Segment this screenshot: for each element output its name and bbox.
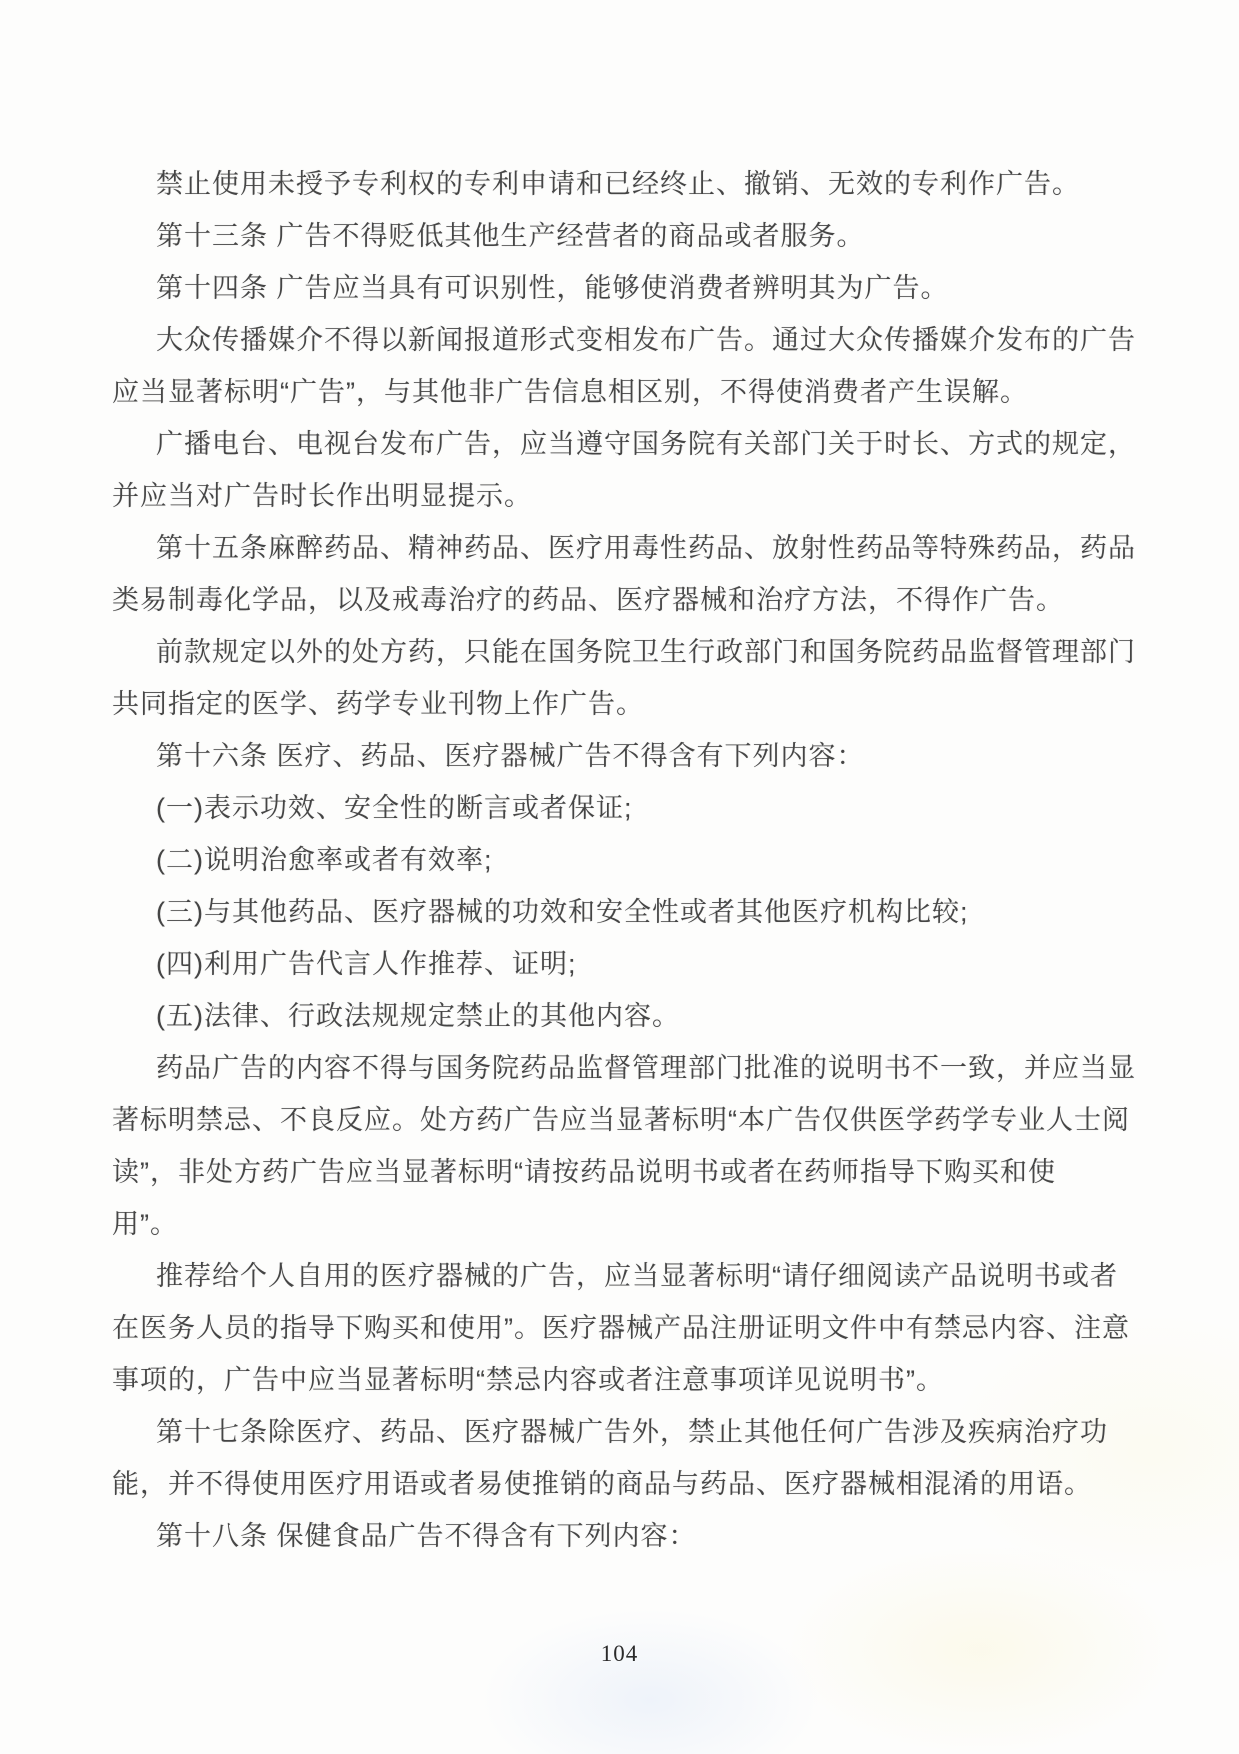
paragraph: 第十八条 保健食品广告不得含有下列内容： (112, 1510, 1117, 1562)
text-line: 前款规定以外的处方药，只能在国务院卫生行政部门和国务院药品监督管理部门 (112, 626, 1117, 678)
paragraph: 第十四条 广告应当具有可识别性，能够使消费者辨明其为广告。 (112, 262, 1117, 314)
text-line: (四)利用广告代言人作推荐、证明; (112, 938, 1117, 990)
text-line: 广播电台、电视台发布广告，应当遵守国务院有关部门关于时长、方式的规定， (112, 418, 1117, 470)
page-number: 104 (0, 1641, 1239, 1667)
text-line: 类易制毒化学品，以及戒毒治疗的药品、医疗器械和治疗方法，不得作广告。 (112, 574, 1117, 626)
text-line: 读”，非处方药广告应当显著标明“请按药品说明书或者在药师指导下购买和使 (112, 1146, 1117, 1198)
paragraph: 第十六条 医疗、药品、医疗器械广告不得含有下列内容： (112, 730, 1117, 782)
text-line: 著标明禁忌、不良反应。处方药广告应当显著标明“本广告仅供医学药学专业人士阅 (112, 1094, 1117, 1146)
paragraph: (二)说明治愈率或者有效率; (112, 834, 1117, 886)
text-line: 药品广告的内容不得与国务院药品监督管理部门批准的说明书不一致，并应当显 (112, 1042, 1117, 1094)
text-line: 第十四条 广告应当具有可识别性，能够使消费者辨明其为广告。 (112, 262, 1117, 314)
text-line: 在医务人员的指导下购买和使用”。医疗器械产品注册证明文件中有禁忌内容、注意 (112, 1302, 1117, 1354)
document-text: 禁止使用未授予专利权的专利申请和已经终止、撤销、无效的专利作广告。第十三条 广告… (112, 158, 1117, 1562)
text-line: 第十三条 广告不得贬低其他生产经营者的商品或者服务。 (112, 210, 1117, 262)
text-line: (五)法律、行政法规规定禁止的其他内容。 (112, 990, 1117, 1042)
text-line: 共同指定的医学、药学专业刊物上作广告。 (112, 678, 1117, 730)
paragraph: (三)与其他药品、医疗器械的功效和安全性或者其他医疗机构比较; (112, 886, 1117, 938)
paragraph: 前款规定以外的处方药，只能在国务院卫生行政部门和国务院药品监督管理部门共同指定的… (112, 626, 1117, 730)
paragraph: 药品广告的内容不得与国务院药品监督管理部门批准的说明书不一致，并应当显著标明禁忌… (112, 1042, 1117, 1250)
text-line: 第十六条 医疗、药品、医疗器械广告不得含有下列内容： (112, 730, 1117, 782)
paragraph: 第十七条除医疗、药品、医疗器械广告外，禁止其他任何广告涉及疾病治疗功能，并不得使… (112, 1406, 1117, 1510)
text-line: (一)表示功效、安全性的断言或者保证; (112, 782, 1117, 834)
paragraph: (四)利用广告代言人作推荐、证明; (112, 938, 1117, 990)
text-line: (三)与其他药品、医疗器械的功效和安全性或者其他医疗机构比较; (112, 886, 1117, 938)
paragraph: 广播电台、电视台发布广告，应当遵守国务院有关部门关于时长、方式的规定，并应当对广… (112, 418, 1117, 522)
text-line: 事项的，广告中应当显著标明“禁忌内容或者注意事项详见说明书”。 (112, 1354, 1117, 1406)
paragraph: (一)表示功效、安全性的断言或者保证; (112, 782, 1117, 834)
text-line: 用”。 (112, 1198, 1117, 1250)
text-line: 第十八条 保健食品广告不得含有下列内容： (112, 1510, 1117, 1562)
paragraph: 大众传播媒介不得以新闻报道形式变相发布广告。通过大众传播媒介发布的广告应当显著标… (112, 314, 1117, 418)
document-page: 禁止使用未授予专利权的专利申请和已经终止、撤销、无效的专利作广告。第十三条 广告… (0, 0, 1239, 1754)
paragraph: 第十五条麻醉药品、精神药品、医疗用毒性药品、放射性药品等特殊药品，药品类易制毒化… (112, 522, 1117, 626)
text-line: (二)说明治愈率或者有效率; (112, 834, 1117, 886)
text-line: 推荐给个人自用的医疗器械的广告，应当显著标明“请仔细阅读产品说明书或者 (112, 1250, 1117, 1302)
text-line: 禁止使用未授予专利权的专利申请和已经终止、撤销、无效的专利作广告。 (112, 158, 1117, 210)
paragraph: 推荐给个人自用的医疗器械的广告，应当显著标明“请仔细阅读产品说明书或者在医务人员… (112, 1250, 1117, 1406)
paragraph: (五)法律、行政法规规定禁止的其他内容。 (112, 990, 1117, 1042)
text-line: 并应当对广告时长作出明显提示。 (112, 470, 1117, 522)
paragraph: 禁止使用未授予专利权的专利申请和已经终止、撤销、无效的专利作广告。 (112, 158, 1117, 210)
text-line: 第十七条除医疗、药品、医疗器械广告外，禁止其他任何广告涉及疾病治疗功 (112, 1406, 1117, 1458)
text-line: 大众传播媒介不得以新闻报道形式变相发布广告。通过大众传播媒介发布的广告 (112, 314, 1117, 366)
paragraph: 第十三条 广告不得贬低其他生产经营者的商品或者服务。 (112, 210, 1117, 262)
text-line: 能，并不得使用医疗用语或者易使推销的商品与药品、医疗器械相混淆的用语。 (112, 1458, 1117, 1510)
text-line: 应当显著标明“广告”，与其他非广告信息相区别，不得使消费者产生误解。 (112, 366, 1117, 418)
text-line: 第十五条麻醉药品、精神药品、医疗用毒性药品、放射性药品等特殊药品，药品 (112, 522, 1117, 574)
